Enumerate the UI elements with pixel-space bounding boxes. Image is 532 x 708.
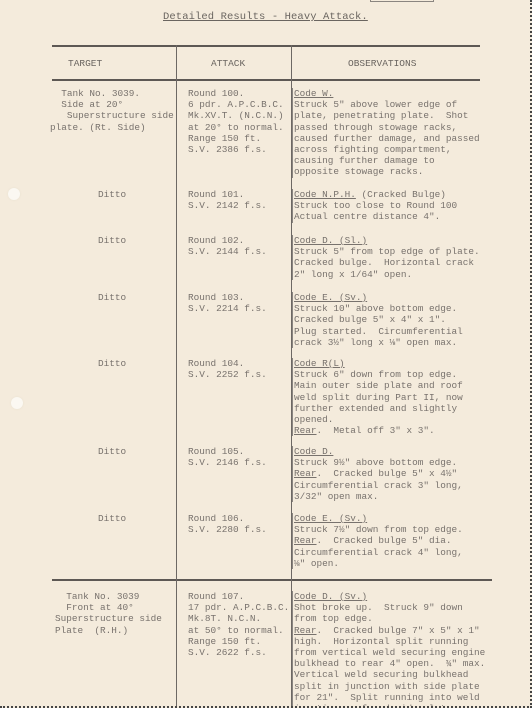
target-cell: Ditto — [98, 292, 126, 303]
observations-cell: Code N.P.H. (Cracked Bulge) Struck too c… — [292, 189, 457, 223]
damage-code: Code D. — [294, 446, 333, 457]
observation-text: Struck too close to Round 100 Actual cen… — [294, 200, 457, 222]
page-title: Detailed Results - Heavy Attack. — [163, 11, 368, 23]
rear-observation-text: . Cracked bulge 5" x 4½" Circumferential… — [294, 468, 463, 501]
observations-cell: Code W. Struck 5" above lower edge of pl… — [292, 88, 480, 178]
punch-hole — [8, 188, 20, 200]
punch-hole — [11, 397, 23, 409]
rear-observation-text: . Cracked bulge 7" x 5" x 1" high. Horiz… — [294, 625, 485, 708]
observation-text: Struck 10" above bottom edge. Cracked bu… — [294, 303, 463, 348]
damage-code: Code D. (Sv.) — [294, 591, 367, 602]
attack-cell: Round 106. S.V. 2280 f.s. — [188, 513, 267, 535]
observations-cell: Code E. (Sv.) Struck 10" above bottom ed… — [292, 292, 463, 348]
column-header-observations: OBSERVATIONS — [348, 58, 416, 69]
header-box-fragment — [370, 0, 434, 2]
observation-text: Struck 9½" above bottom edge. — [294, 457, 457, 468]
observation-text: Struck 6" down from top edge. Main outer… — [294, 369, 463, 425]
observation-text: Shot broke up. Struck 9" down from top e… — [294, 602, 463, 624]
attack-cell: Round 103. S.V. 2214 f.s. — [188, 292, 267, 314]
observation-text: Struck 5" above lower edge of plate, pen… — [294, 99, 480, 177]
observations-cell: Code D. (Sv.) Shot broke up. Struck 9" d… — [292, 591, 485, 708]
column-header-target: TARGET — [68, 58, 102, 69]
rear-label: Rear — [294, 425, 317, 436]
target-cell: Ditto — [98, 189, 126, 200]
header-bottom-rule — [52, 79, 480, 81]
target-cell: Ditto — [98, 235, 126, 246]
damage-code: Code N.P.H. — [294, 189, 356, 200]
damage-code: Code W. — [294, 88, 333, 99]
damage-code: Code E. (Sv.) — [294, 292, 367, 303]
document-page: Detailed Results - Heavy Attack. TARGET … — [0, 0, 532, 708]
target-cell: Ditto — [98, 446, 126, 457]
observations-cell: Code D. Struck 9½" above bottom edge. Re… — [292, 446, 463, 502]
target-cell: Ditto — [98, 513, 126, 524]
attack-cell: Round 104. S.V. 2252 f.s. — [188, 358, 267, 380]
damage-code-note: (Cracked Bulge) — [356, 189, 446, 200]
damage-code: Code E. (Sv.) — [294, 513, 367, 524]
observations-cell: Code D. (Sl.) Struck 5" from top edge of… — [292, 235, 480, 280]
damage-code: Code R(L) — [294, 358, 345, 369]
damage-code: Code D. (Sl.) — [294, 235, 367, 246]
table-top-rule — [52, 45, 480, 47]
attack-cell: Round 105. S.V. 2146 f.s. — [188, 446, 267, 468]
rear-label: Rear — [294, 535, 317, 546]
observation-text: Struck 7½" down from top edge. — [294, 524, 463, 535]
group-divider-rule — [52, 579, 492, 581]
attack-cell: Round 102. S.V. 2144 f.s. — [188, 235, 267, 257]
target-cell: Tank No. 3039 Front at 40° Superstructur… — [55, 591, 162, 636]
rear-label: Rear — [294, 625, 317, 636]
column-header-attack: ATTACK — [211, 58, 245, 69]
observations-cell: Code R(L) Struck 6" down from top edge. … — [292, 358, 463, 436]
attack-cell: Round 100. 6 pdr. A.P.C.B.C. Mk.XV.T. (N… — [188, 88, 284, 155]
column-divider-1 — [176, 45, 177, 708]
observations-cell: Code E. (Sv.) Struck 7½" down from top e… — [292, 513, 463, 569]
rear-observation-text: . Metal off 3" x 3". — [317, 425, 435, 436]
target-cell: Ditto — [98, 358, 126, 369]
target-cell: Tank No. 3039. Side at 20° Superstructur… — [50, 88, 174, 133]
attack-cell: Round 107. 17 pdr. A.P.C.B.C. Mk.8T. N.C… — [188, 591, 289, 658]
rear-label: Rear — [294, 468, 317, 479]
rear-observation-text: . Cracked bulge 5" dia. Circumferential … — [294, 535, 463, 568]
attack-cell: Round 101. S.V. 2142 f.s. — [188, 189, 267, 211]
observation-text: Struck 5" from top edge of plate. Cracke… — [294, 246, 480, 279]
